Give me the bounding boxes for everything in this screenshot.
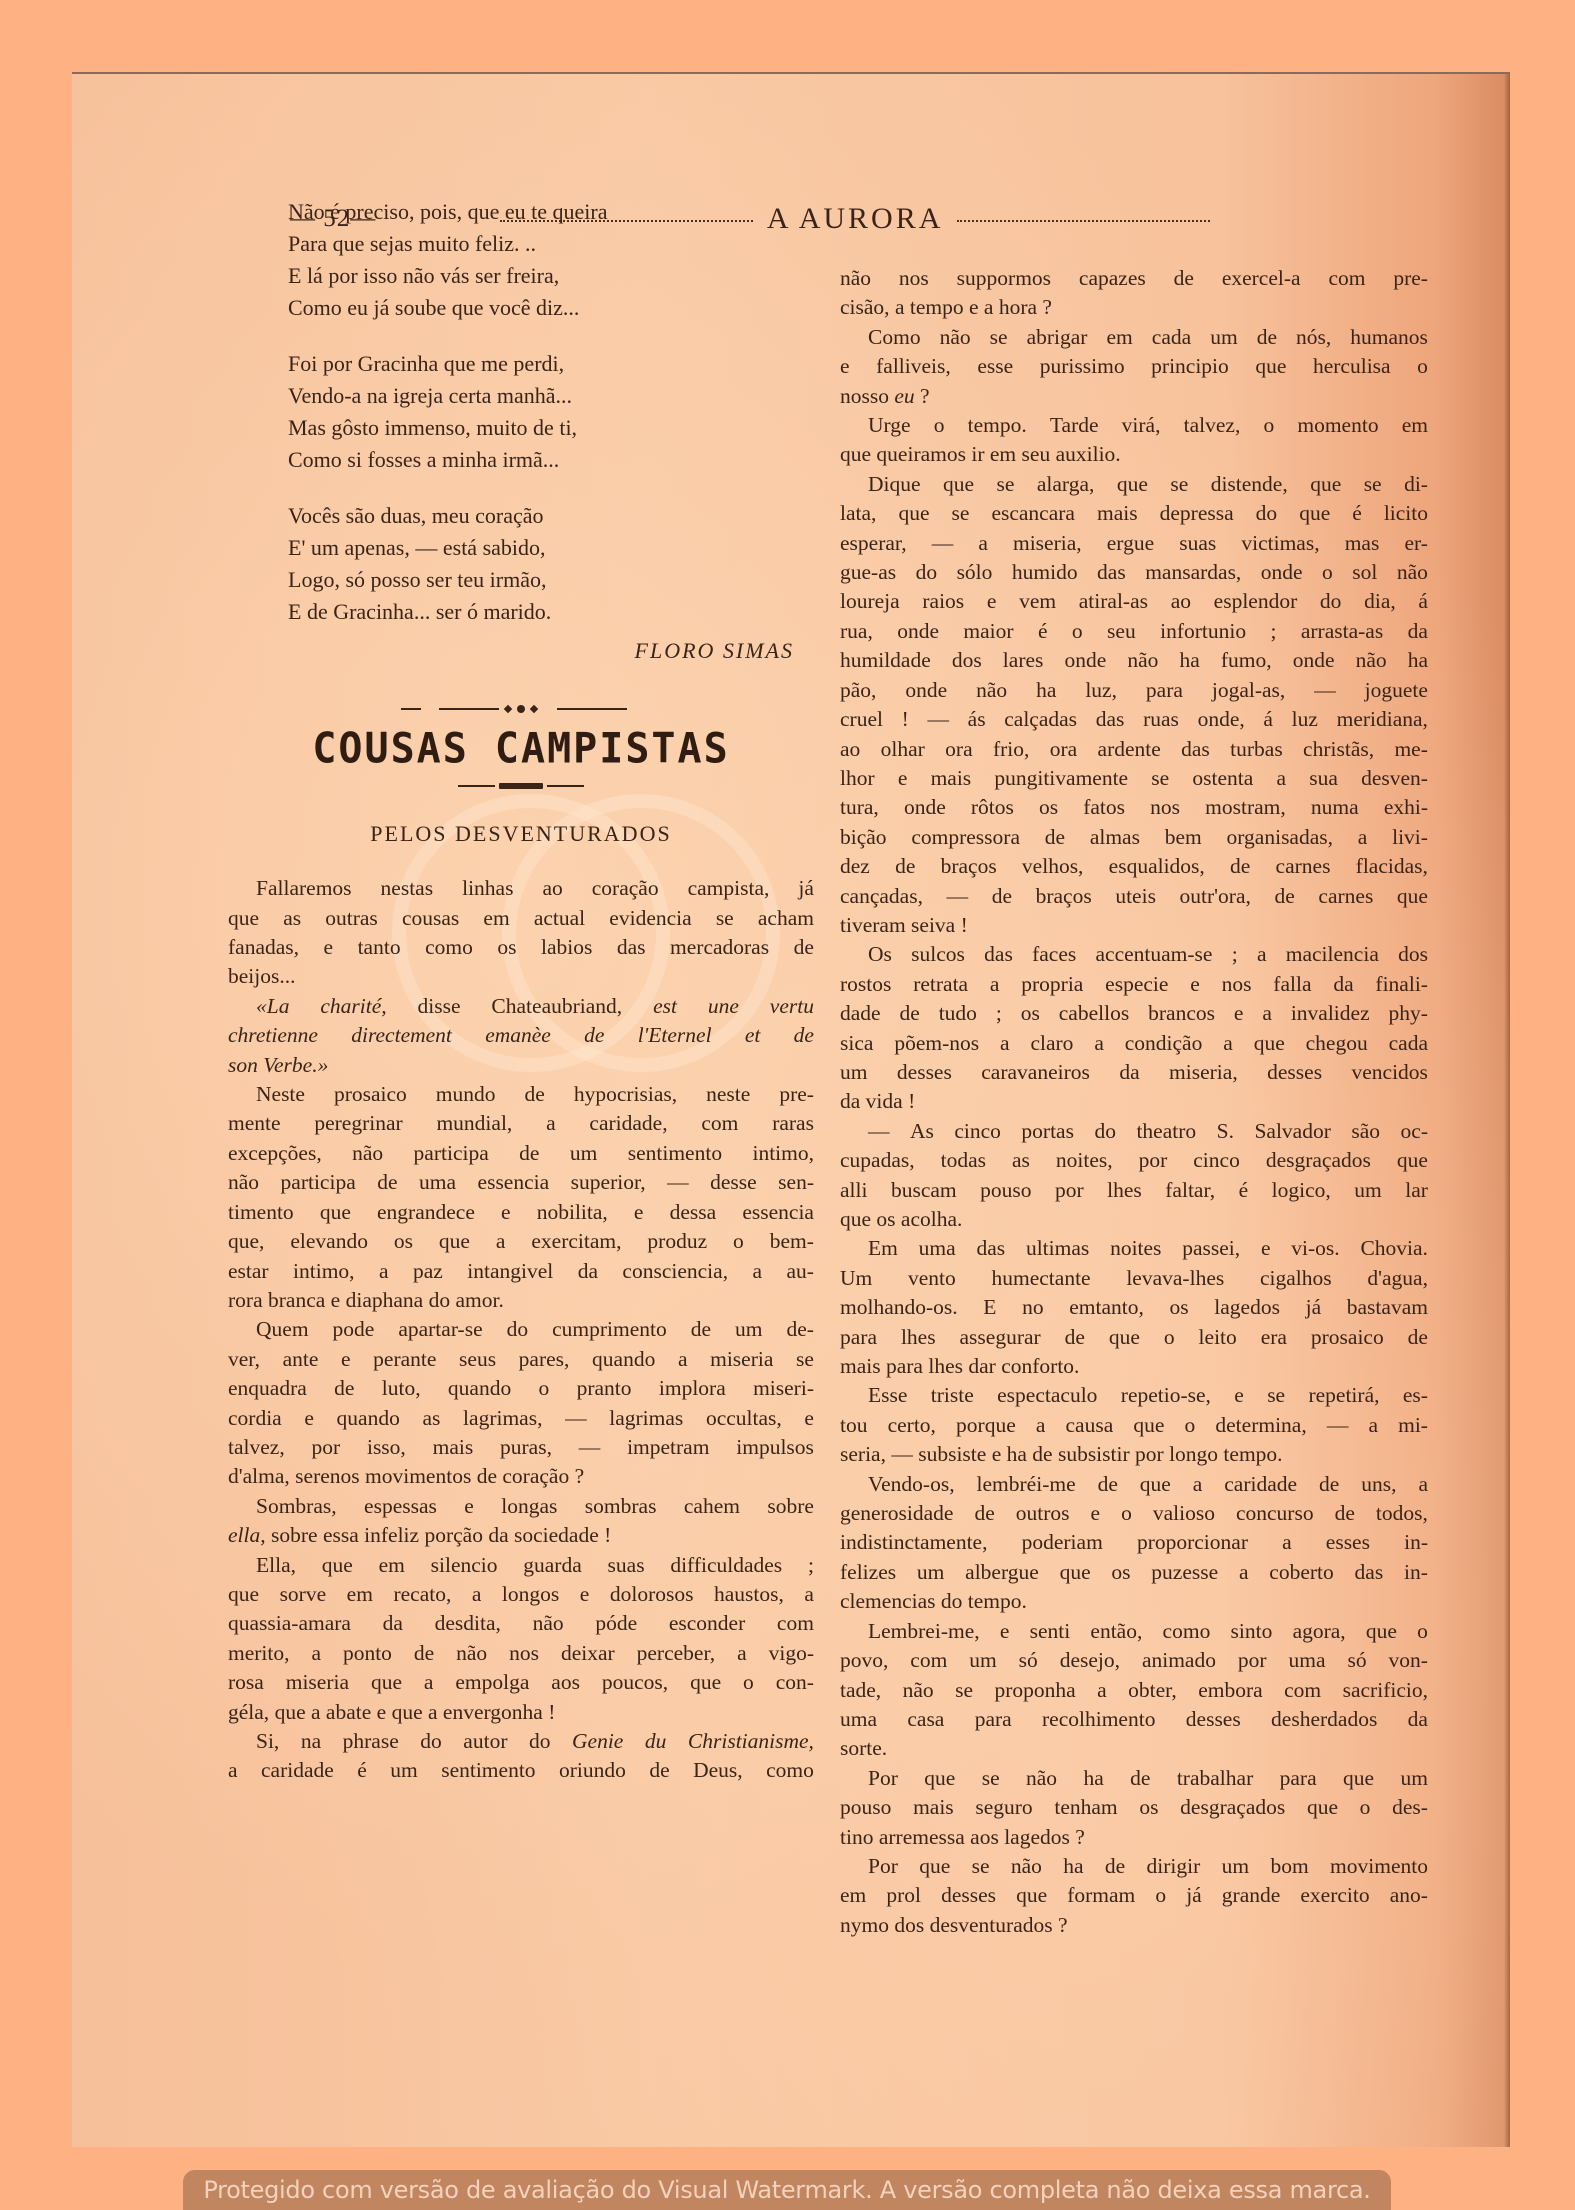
poem-author: FLORO SIMAS [228, 636, 814, 665]
text-line: cisão, a tempo e a hora ? [840, 293, 1428, 322]
text-line: Comonãoseabrigaremcadaumdenós,humanos [840, 323, 1428, 352]
text-line: cançadas,—debraçosuteisoutr'ora,decarnes… [840, 882, 1428, 911]
poem-line: Logo, só posso ser teu irmão, [288, 564, 814, 596]
text-line: talvez,porisso,maispuras,—impetramimpuls… [228, 1433, 814, 1462]
text-line: mais para lhes dar conforto. [840, 1352, 1428, 1381]
text-line: Ossulcosdasfacesaccentuam-se;amacilencia… [840, 940, 1428, 969]
article-body-left: Fallaremosnestaslinhasaocoraçãocampista,… [228, 874, 814, 1786]
text-line: son Verbe.» [228, 1051, 814, 1080]
text-line: chretiennedirectementemanèedel'Eternelet… [228, 1021, 814, 1050]
text-line: da vida ! [840, 1087, 1428, 1116]
text-line: beijos... [228, 962, 814, 991]
text-line: Ella,queemsilencioguardasuasdifficuldade… [228, 1551, 814, 1580]
text-line: rostosretrataapropriaespecieenosfalladaf… [840, 970, 1428, 999]
text-line: que,elevandoosqueaexercitam,produzobem- [228, 1227, 814, 1256]
poem-line: Mas gôsto immenso, muito de ti, [288, 412, 814, 444]
text-line: Fallaremosnestaslinhasaocoraçãocampista,… [228, 874, 814, 903]
text-line: queasoutrascousasemactualevidenciaseacha… [228, 904, 814, 933]
text-line: tade,nãoseproponhaaobter,emboracomsacrif… [840, 1676, 1428, 1705]
poem-line: E' um apenas, — está sabido, [288, 532, 814, 564]
poem-line: Vocês são duas, meu coração [288, 500, 814, 532]
text-line: esperar,—amiseria,erguesuasvictimas,mase… [840, 529, 1428, 558]
text-line: Lembrei-me,esentientão,comosintoagora,qu… [840, 1617, 1428, 1646]
text-line: efalliveis,essepurissimoprincipioqueherc… [840, 352, 1428, 381]
text-line: lourejaraiosevematiral-asaoesplendordodi… [840, 587, 1428, 616]
text-line: umacasapararecolhimentodessesdesherdados… [840, 1705, 1428, 1734]
poem-line: E lá por isso não vás ser freira, [288, 260, 814, 292]
text-line: que queiramos ir em seu auxilio. [840, 440, 1428, 469]
text-line: Quempodeapartar-sedocumprimentodeumde- [228, 1315, 814, 1344]
poem-line: Não é preciso, pois, que eu te queira [288, 196, 814, 228]
text-line: Nesteprosaicomundodehypocrisias,nestepre… [228, 1080, 814, 1109]
text-line: acaridadeéumsentimentooriundodeDeus,como [228, 1756, 814, 1785]
text-line: nãonossuppormoscapazesdeexercel-acompre- [840, 264, 1428, 293]
text-line: Porquesenãohadetrabalharparaqueum [840, 1764, 1428, 1793]
text-line: Urgeotempo.Tardevirá,talvez,omomentoem [840, 411, 1428, 440]
text-line: cordiaequandoaslagrimas,—lagrimasocculta… [228, 1404, 814, 1433]
text-line: sorte. [840, 1734, 1428, 1763]
text-line: fanadas,etantocomooslabiosdasmercadorasd… [228, 933, 814, 962]
text-line: enquadradeluto,quandooprantoimploramiser… [228, 1374, 814, 1403]
title-rule [458, 783, 584, 789]
poem: Não é preciso, pois, que eu te queiraPar… [228, 196, 814, 628]
text-line: timentoqueengrandeceenobilita,edessaesse… [228, 1198, 814, 1227]
text-line: allibuscampousoporlhesfaltar,élogico,uml… [840, 1176, 1428, 1205]
text-line: cupadas,todasasnoites,porcincodesgraçado… [840, 1146, 1428, 1175]
poem-line: Como eu já soube que você diz... [288, 292, 814, 324]
text-line: dadedetudo;oscabellosbrancoseainvalidezp… [840, 999, 1428, 1028]
text-line: rua,ondemaioréoseuinfortunio;arrasta-asd… [840, 617, 1428, 646]
text-line: excepções,nãoparticipadeumsentimentointi… [228, 1139, 814, 1168]
text-line: Porquesenãohadedirigirumbommovimento [840, 1852, 1428, 1881]
text-line: géla, que a abate e que a envergonha ! [228, 1698, 814, 1727]
text-line: seria, — subsiste e ha de subsistir por … [840, 1440, 1428, 1469]
text-line: paralhesassegurardequeoleitoeraprosaicod… [840, 1323, 1428, 1352]
text-line: pão,ondenãohaluz,parajogal-as,—joguete [840, 676, 1428, 705]
text-line: toucerto,porqueacausaqueodetermina,—ami- [840, 1411, 1428, 1440]
text-line: felizesumalberguequeospuzesseacobertodas… [840, 1558, 1428, 1587]
section-title: COUSAS CAMPISTAS [228, 735, 814, 766]
text-line: Vendo-os,lembréi-medequeacaridadedeuns,a [840, 1470, 1428, 1499]
watermark-banner: Protegido com versão de avaliação do Vis… [183, 2170, 1391, 2210]
text-line: biçãocompressoradealmasbemorganisadas,al… [840, 823, 1428, 852]
text-line: que os acolha. [840, 1205, 1428, 1234]
text-line: indistinctamente,poderiamproporcionaraes… [840, 1528, 1428, 1557]
text-line: «Lacharité,disseChateaubriand,estunevert… [228, 992, 814, 1021]
text-line: sicapõem-nosaclaroacondiçãoaquechegoucad… [840, 1029, 1428, 1058]
text-line: gue-asdosólohumidodasmansardas,ondeosoln… [840, 558, 1428, 587]
text-line: merito,apontodenãonosdeixarperceber,avig… [228, 1639, 814, 1668]
text-line: Sombras,espessaselongassombrascahemsobre [228, 1492, 814, 1521]
text-line: estarintimo,apazintangiveldaconsciencia,… [228, 1257, 814, 1286]
text-line: nymo dos desventurados ? [840, 1911, 1428, 1940]
text-line: emproldessesqueformamojágrandeexercitoan… [840, 1881, 1428, 1910]
text-line: molhando-os.Enoemtanto,oslagedosjábastav… [840, 1293, 1428, 1322]
text-line: lata,queseescancaramaisdepressadoqueélic… [840, 499, 1428, 528]
text-line: ella, sobre essa infeliz porção da socie… [228, 1521, 814, 1550]
text-line: Emumadasultimasnoitespassei,evi-os.Chovi… [840, 1234, 1428, 1263]
text-line: rosamiseriaqueaempolgaaospoucos,queocon- [228, 1668, 814, 1697]
text-line: —AscincoportasdotheatroS.Salvadorsãooc- [840, 1117, 1428, 1146]
text-line: dezdebraçosvelhos,esqualidos,decarnesfla… [840, 852, 1428, 881]
text-line: humildadedoslaresondenãohafumo,ondenãoha [840, 646, 1428, 675]
article-subtitle: PELOS DESVENTURADOS [228, 819, 814, 848]
text-line: tino arremessa aos lagedos ? [840, 1823, 1428, 1852]
text-line: Umventohumectantelevava-lhescigalhosd'ag… [840, 1264, 1428, 1293]
text-line: nosso eu ? [840, 382, 1428, 411]
text-line: cruel!—áscalçadasdasruasonde,áluzmeridia… [840, 705, 1428, 734]
text-line: umdessescaravaneirosdamiseria,dessesvenc… [840, 1058, 1428, 1087]
header-rule-right [957, 220, 1210, 222]
poem-line: Foi por Gracinha que me perdi, [288, 348, 814, 380]
text-line: rora branca e diaphana do amor. [228, 1286, 814, 1315]
text-line: povo,comumsódesejo,animadoporumasóvon- [840, 1646, 1428, 1675]
text-line: generosidadedeoutroseovaliosoconcursodet… [840, 1499, 1428, 1528]
text-line: tiveram seiva ! [840, 911, 1428, 940]
text-line: lhoremaispungitivamenteseostentaasuadesv… [840, 764, 1428, 793]
section-ornament [401, 705, 641, 713]
poem-line: E de Gracinha... ser ó marido. [288, 596, 814, 628]
poem-line: Como si fosses a minha irmã... [288, 444, 814, 476]
text-line: aoolharorafrio,oraardentedasturbaschrist… [840, 735, 1428, 764]
text-line: Essetristeespectaculorepetio-se,eserepet… [840, 1381, 1428, 1410]
text-line: d'alma, serenos movimentos de coração ? [228, 1462, 814, 1491]
article-body-right: nãonossuppormoscapazesdeexercel-acompre-… [840, 264, 1428, 1940]
text-line: quassia-amaradadesdita,nãopódeesconderco… [228, 1609, 814, 1638]
text-line: nãoparticipadeumaessenciasuperior,—desse… [228, 1168, 814, 1197]
text-line: tura,onderôtososfatosnosmostram,numaexhi… [840, 793, 1428, 822]
text-line: Si,naphrasedoautordoGenieduChristianisme… [228, 1727, 814, 1756]
text-line: Diquequesealarga,quesedistende,quesedi- [840, 470, 1428, 499]
text-line: ver,anteeperanteseuspares,quandoamiseria… [228, 1345, 814, 1374]
text-line: pousomaissegurotenhamosdesgraçadosqueode… [840, 1793, 1428, 1822]
text-line: menteperegrinarmundial,acaridade,comrara… [228, 1109, 814, 1138]
text-line: clemencias do tempo. [840, 1587, 1428, 1616]
text-line: quesorveemrecato,alongosedolorososhausto… [228, 1580, 814, 1609]
left-column: Não é preciso, pois, que eu te queiraPar… [228, 196, 814, 1786]
poem-line: Vendo-a na igreja certa manhã... [288, 380, 814, 412]
poem-line: Para que sejas muito feliz. .. [288, 228, 814, 260]
